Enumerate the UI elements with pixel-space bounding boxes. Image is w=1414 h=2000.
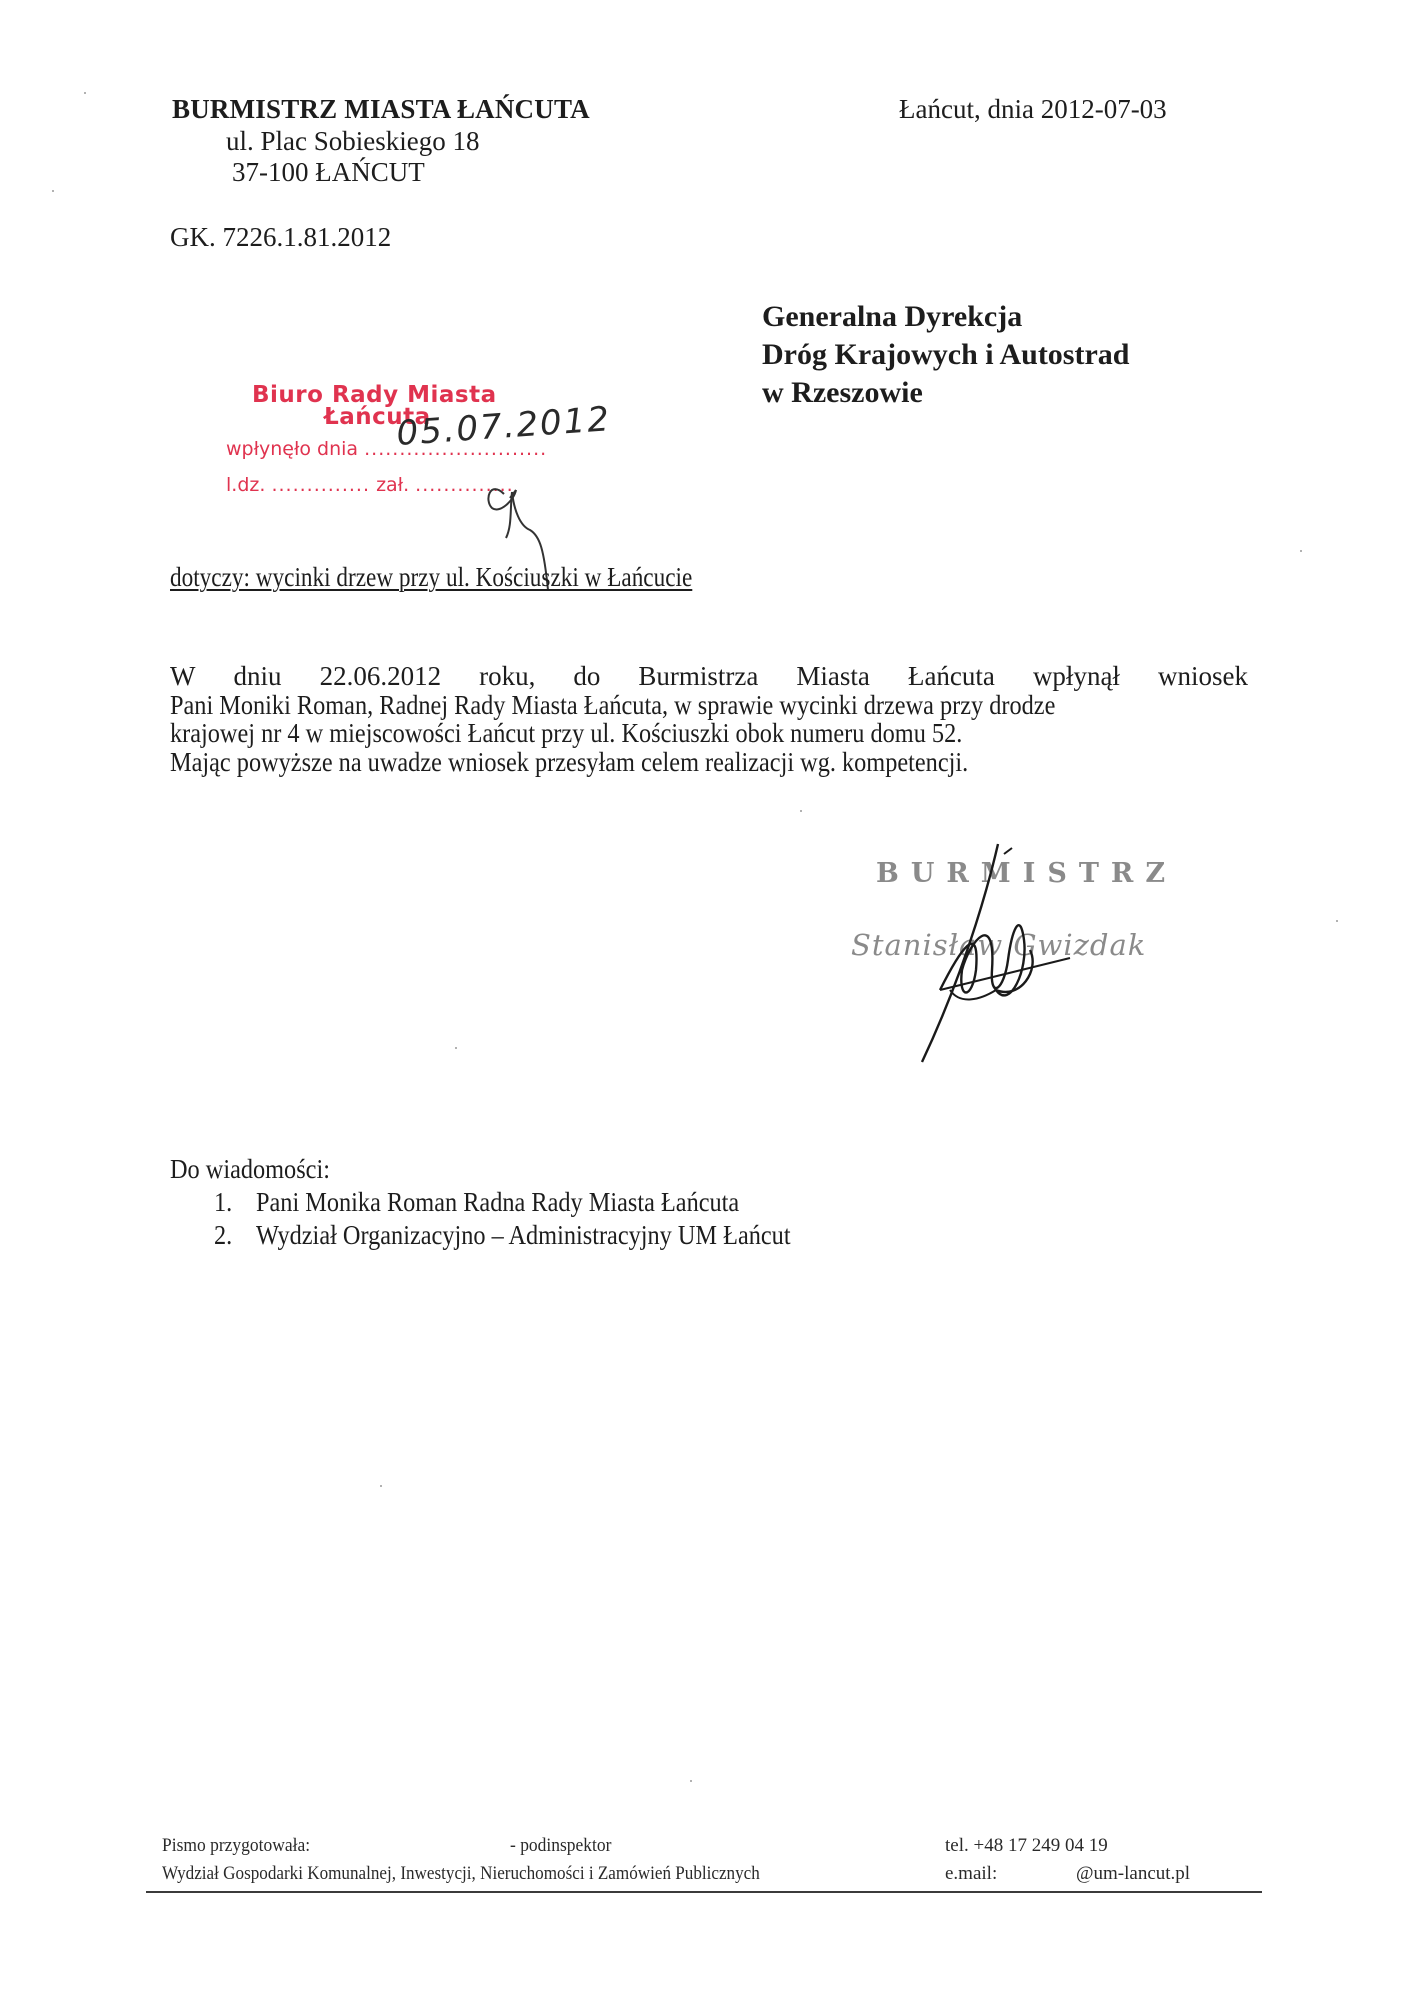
cc-title: Do wiadomości: bbox=[170, 1154, 330, 1185]
scan-speck bbox=[1336, 920, 1338, 922]
body-word: dniu bbox=[234, 662, 282, 691]
letter-date: Łańcut, dnia 2012-07-03 bbox=[899, 94, 1167, 125]
body-word: 22.06.2012 bbox=[320, 662, 442, 691]
sender-address-street: ul. Plac Sobieskiego 18 bbox=[226, 126, 479, 157]
scan-speck bbox=[380, 1485, 382, 1487]
sender-title: BURMISTRZ MIASTA ŁAŃCUTA bbox=[172, 94, 590, 125]
recipient-line-1: Generalna Dyrekcja bbox=[762, 298, 1129, 336]
footer-prepared-by-label: Pismo przygotowała: bbox=[162, 1835, 310, 1857]
body-word: Burmistrza bbox=[638, 662, 758, 691]
body-line-2-text: Pani Moniki Roman, Radnej Rady Miasta Ła… bbox=[170, 691, 1055, 720]
footer-role: - podinspektor bbox=[510, 1835, 611, 1857]
body-word: do bbox=[573, 662, 600, 691]
body-word: Miasta bbox=[796, 662, 870, 691]
sender-address-city: 37-100 ŁAŃCUT bbox=[232, 157, 425, 188]
footer-divider bbox=[146, 1891, 1262, 1893]
footer-email-label: e.mail: bbox=[945, 1863, 997, 1885]
footer-email-domain: @um-lancut.pl bbox=[1076, 1863, 1190, 1885]
body-line-3: krajowej nr 4 w miejscowości Łańcut przy… bbox=[170, 719, 1248, 748]
handwritten-signature-icon bbox=[900, 840, 1120, 1070]
footer-department: Wydział Gospodarki Komunalnej, Inwestycj… bbox=[162, 1863, 760, 1885]
stamp-received-label: wpłynęło dnia bbox=[226, 438, 358, 460]
scan-speck bbox=[1300, 550, 1302, 552]
body-word: wniosek bbox=[1158, 662, 1248, 691]
recipient-line-2: Dróg Krajowych i Autostrad bbox=[762, 336, 1129, 374]
cc-item-2-number: 2. bbox=[214, 1220, 232, 1251]
body-line-4-text: Mając powyższe na uwadze wniosek przesył… bbox=[170, 748, 968, 777]
scan-speck bbox=[52, 190, 54, 192]
body-line-1: Wdniu22.06.2012roku,doBurmistrzaMiastaŁa… bbox=[170, 662, 1248, 691]
recipient-line-3: w Rzeszowie bbox=[762, 374, 1129, 412]
recipient-block: Generalna Dyrekcja Dróg Krajowych i Auto… bbox=[762, 298, 1129, 412]
body-line-3-text: krajowej nr 4 w miejscowości Łańcut przy… bbox=[170, 719, 962, 748]
body-line-4: Mając powyższe na uwadze wniosek przesył… bbox=[170, 748, 1248, 777]
body-word: W bbox=[170, 662, 195, 691]
letter-body: Wdniu22.06.2012roku,doBurmistrzaMiastaŁa… bbox=[170, 662, 1248, 776]
scan-speck bbox=[455, 1047, 457, 1049]
body-word: wpłynął bbox=[1033, 662, 1120, 691]
cc-item-1-text: Pani Monika Roman Radna Rady Miasta Łańc… bbox=[256, 1187, 739, 1218]
body-word: roku, bbox=[479, 662, 535, 691]
body-word: Łańcuta bbox=[908, 662, 995, 691]
stamp-attachments-label: zał. bbox=[376, 474, 409, 496]
scan-speck bbox=[690, 1780, 692, 1782]
body-line-2: Pani Moniki Roman, Radnej Rady Miasta Ła… bbox=[170, 691, 1248, 720]
scan-speck bbox=[84, 92, 86, 94]
subject-line: dotyczy: wycinki drzew przy ul. Kościusz… bbox=[170, 562, 692, 593]
stamp-register-label: l.dz. bbox=[226, 474, 265, 496]
footer-phone: tel. +48 17 249 04 19 bbox=[945, 1835, 1108, 1857]
body-line-1-text: Wdniu22.06.2012roku,doBurmistrzaMiastaŁa… bbox=[170, 662, 1248, 691]
cc-item-1-number: 1. bbox=[214, 1187, 232, 1218]
scan-speck bbox=[800, 810, 802, 812]
reference-number: GK. 7226.1.81.2012 bbox=[170, 222, 391, 253]
handwritten-arrow-icon bbox=[470, 470, 590, 630]
cc-item-2-text: Wydział Organizacyjno – Administracyjny … bbox=[256, 1220, 791, 1251]
stamp-register-dots: .............. bbox=[271, 474, 370, 496]
